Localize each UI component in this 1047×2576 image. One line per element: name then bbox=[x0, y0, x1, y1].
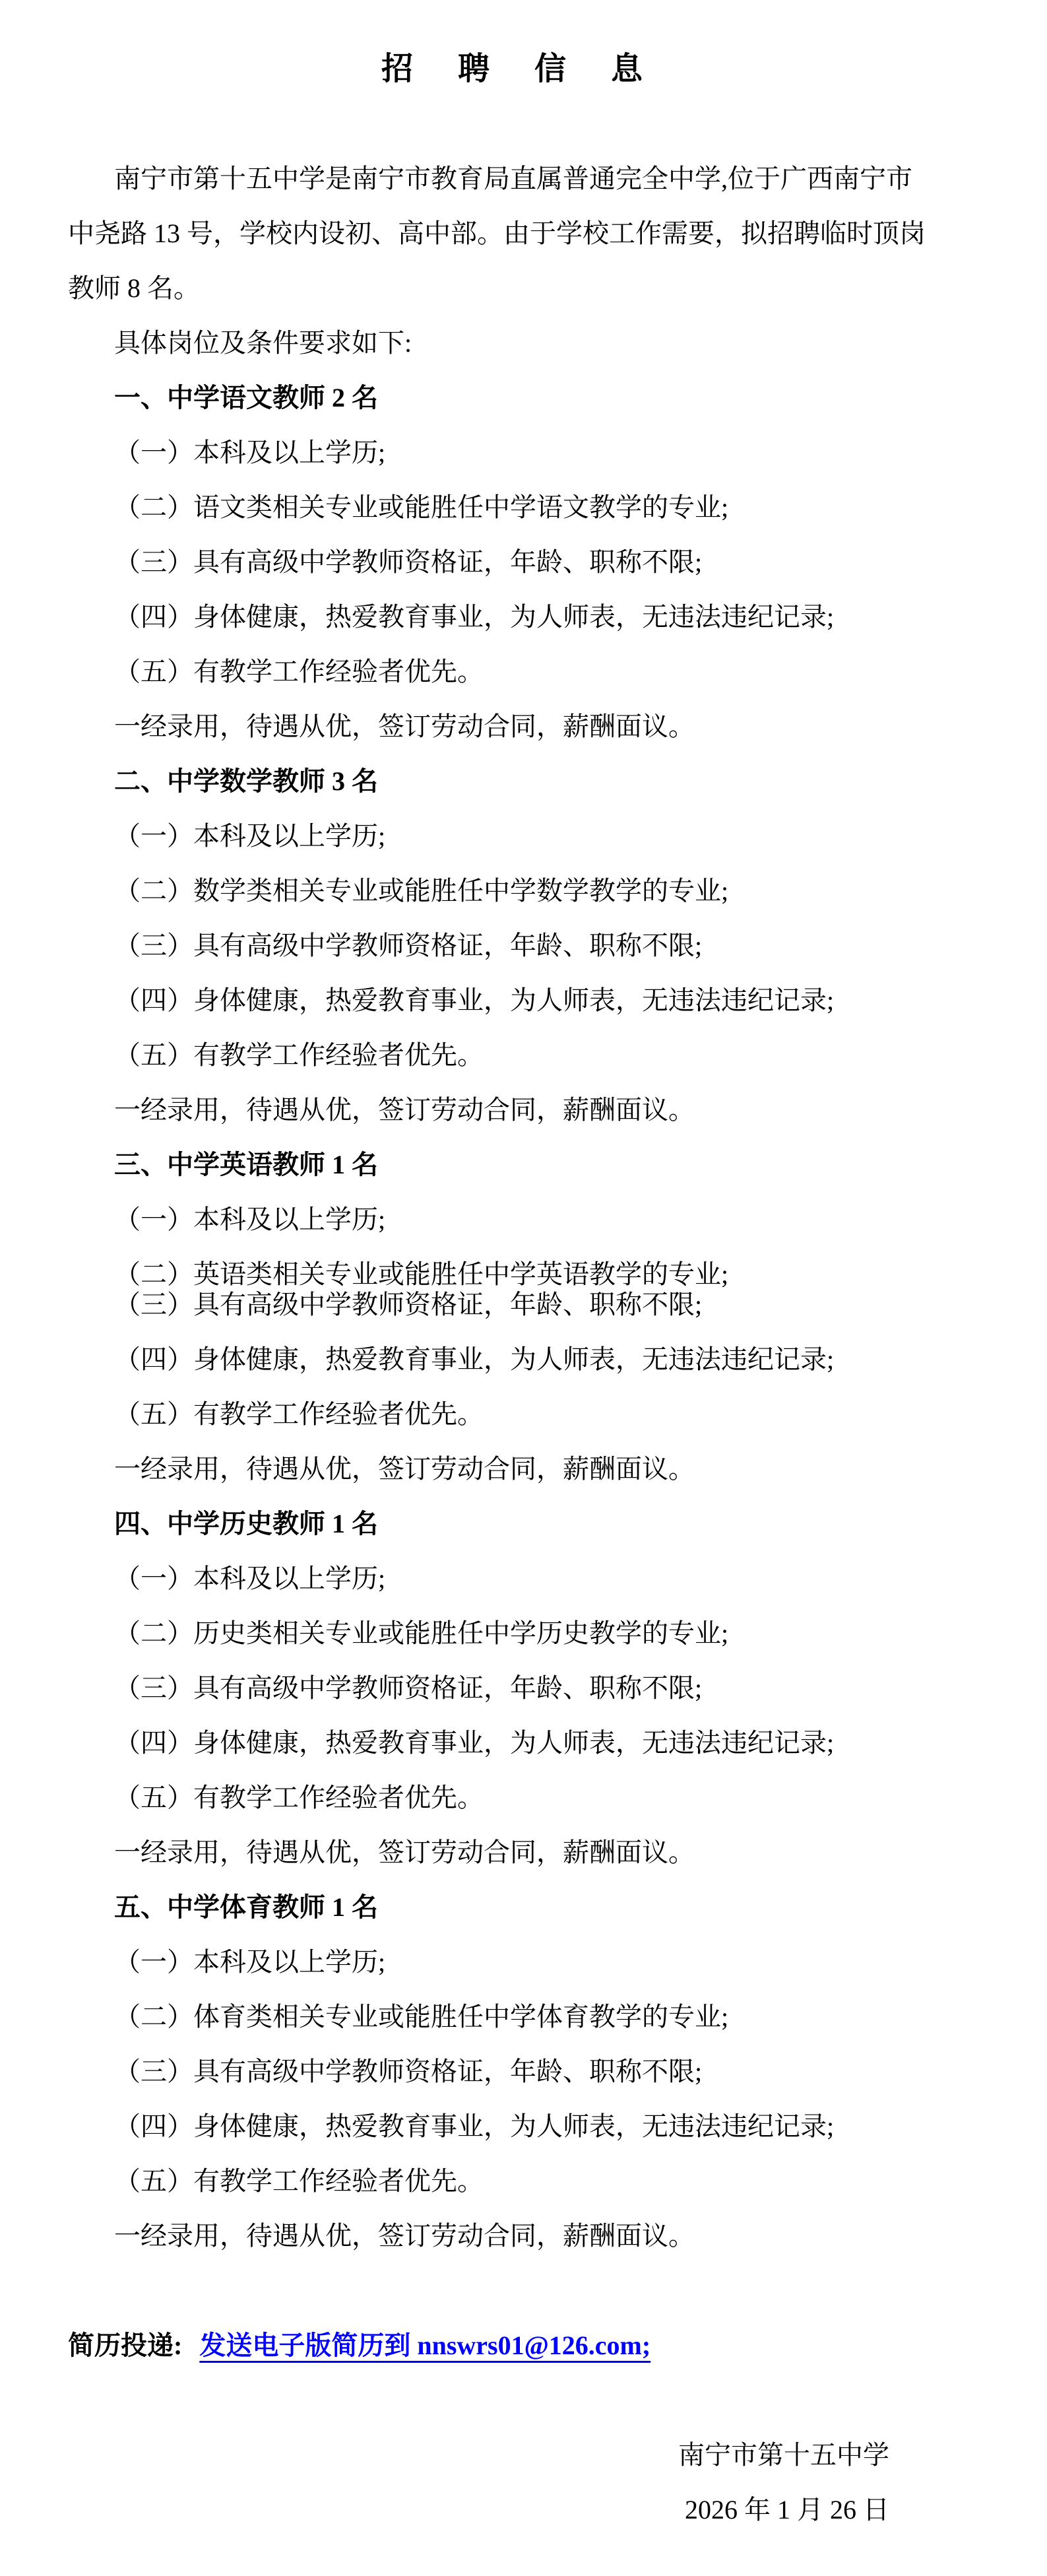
section-2-item-2: （二）数学类相关专业或能胜任中学数学教学的专业; bbox=[68, 863, 974, 918]
section-5-heading: 五、中学体育教师 1 名 bbox=[68, 1880, 974, 1934]
section-5-item-3: （三）具有高级中学教师资格证，年龄、职称不限; bbox=[68, 2044, 974, 2099]
section-4-item-5: （五）有教学工作经验者优先。 bbox=[68, 1770, 974, 1825]
resume-label: 简历投递: bbox=[68, 2330, 189, 2360]
section-5-note: 一经录用，待遇从优，签订劳动合同，薪酬面议。 bbox=[68, 2208, 974, 2263]
section-2-item-3: （三）具有高级中学教师资格证，年龄、职称不限; bbox=[68, 918, 974, 973]
section-1-item-2: （二）语文类相关专业或能胜任中学语文教学的专业; bbox=[68, 480, 974, 535]
section-3-item-5: （五）有教学工作经验者优先。 bbox=[68, 1387, 974, 1441]
section-1-item-4: （四）身体健康，热爱教育事业，为人师表，无违法违纪记录; bbox=[68, 589, 974, 644]
section-2-item-5: （五）有教学工作经验者优先。 bbox=[68, 1028, 974, 1082]
blank-line bbox=[68, 2373, 974, 2427]
section-4-item-2: （二）历史类相关专业或能胜任中学历史教学的专业; bbox=[68, 1606, 974, 1661]
resume-email-link[interactable]: 发送电子版简历到 nnswrs01@126.com; bbox=[199, 2330, 650, 2360]
section-1-item-5: （五）有教学工作经验者优先。 bbox=[68, 644, 974, 699]
page-title: 招 聘 信 息 bbox=[68, 42, 974, 96]
recruitment-notice-page: 招 聘 信 息 南宁市第十五中学是南宁市教育局直属普通完全中学,位于广西南宁市 … bbox=[0, 0, 1047, 2537]
blank-line bbox=[68, 2263, 974, 2318]
section-5-item-2: （二）体育类相关专业或能胜任中学体育教学的专业; bbox=[68, 1989, 974, 2044]
blank-line bbox=[68, 96, 974, 151]
section-1-note: 一经录用，待遇从优，签订劳动合同，薪酬面议。 bbox=[68, 699, 974, 754]
section-4-item-1: （一）本科及以上学历; bbox=[68, 1551, 974, 1606]
section-5-item-5: （五）有教学工作经验者优先。 bbox=[68, 2154, 974, 2208]
intro-line-3: 教师 8 名。 bbox=[68, 261, 974, 315]
section-1-item-3: （三）具有高级中学教师资格证，年龄、职称不限; bbox=[68, 535, 974, 589]
section-3-item-4: （四）身体健康，热爱教育事业，为人师表，无违法违纪记录; bbox=[68, 1332, 974, 1387]
intro-line-2: 中尧路 13 号，学校内设初、高中部。由于学校工作需要，拟招聘临时顶岗 bbox=[68, 206, 974, 261]
requirements-intro: 具体岗位及条件要求如下: bbox=[68, 315, 974, 370]
section-1-item-1: （一）本科及以上学历; bbox=[68, 425, 974, 480]
section-1-heading: 一、中学语文教师 2 名 bbox=[68, 370, 974, 425]
section-2-item-4: （四）身体健康，热爱教育事业，为人师表，无违法违纪记录; bbox=[68, 973, 974, 1028]
publish-date: 2026 年 1 月 26 日 bbox=[68, 2482, 974, 2537]
section-4-note: 一经录用，待遇从优，签订劳动合同，薪酬面议。 bbox=[68, 1825, 974, 1880]
section-2-item-1: （一）本科及以上学历; bbox=[68, 809, 974, 863]
section-3-item-1: （一）本科及以上学历; bbox=[68, 1192, 974, 1247]
section-3-note: 一经录用，待遇从优，签订劳动合同，薪酬面议。 bbox=[68, 1441, 974, 1496]
section-3-item-3: （三）具有高级中学教师资格证，年龄、职称不限; bbox=[68, 1277, 974, 1332]
section-2-note: 一经录用，待遇从优，签订劳动合同，薪酬面议。 bbox=[68, 1082, 974, 1137]
section-4-item-3: （三）具有高级中学教师资格证，年龄、职称不限; bbox=[68, 1661, 974, 1715]
section-5-item-1: （一）本科及以上学历; bbox=[68, 1934, 974, 1989]
resume-line: 简历投递: 发送电子版简历到 nnswrs01@126.com; bbox=[68, 2318, 974, 2373]
school-signature: 南宁市第十五中学 bbox=[68, 2427, 974, 2482]
section-4-heading: 四、中学历史教师 1 名 bbox=[68, 1496, 974, 1551]
section-5-item-4: （四）身体健康，热爱教育事业，为人师表，无违法违纪记录; bbox=[68, 2099, 974, 2154]
intro-line-1: 南宁市第十五中学是南宁市教育局直属普通完全中学,位于广西南宁市 bbox=[68, 151, 974, 206]
section-2-heading: 二、中学数学教师 3 名 bbox=[68, 754, 974, 809]
section-3-heading: 三、中学英语教师 1 名 bbox=[68, 1137, 974, 1192]
section-4-item-4: （四）身体健康，热爱教育事业，为人师表，无违法违纪记录; bbox=[68, 1715, 974, 1770]
